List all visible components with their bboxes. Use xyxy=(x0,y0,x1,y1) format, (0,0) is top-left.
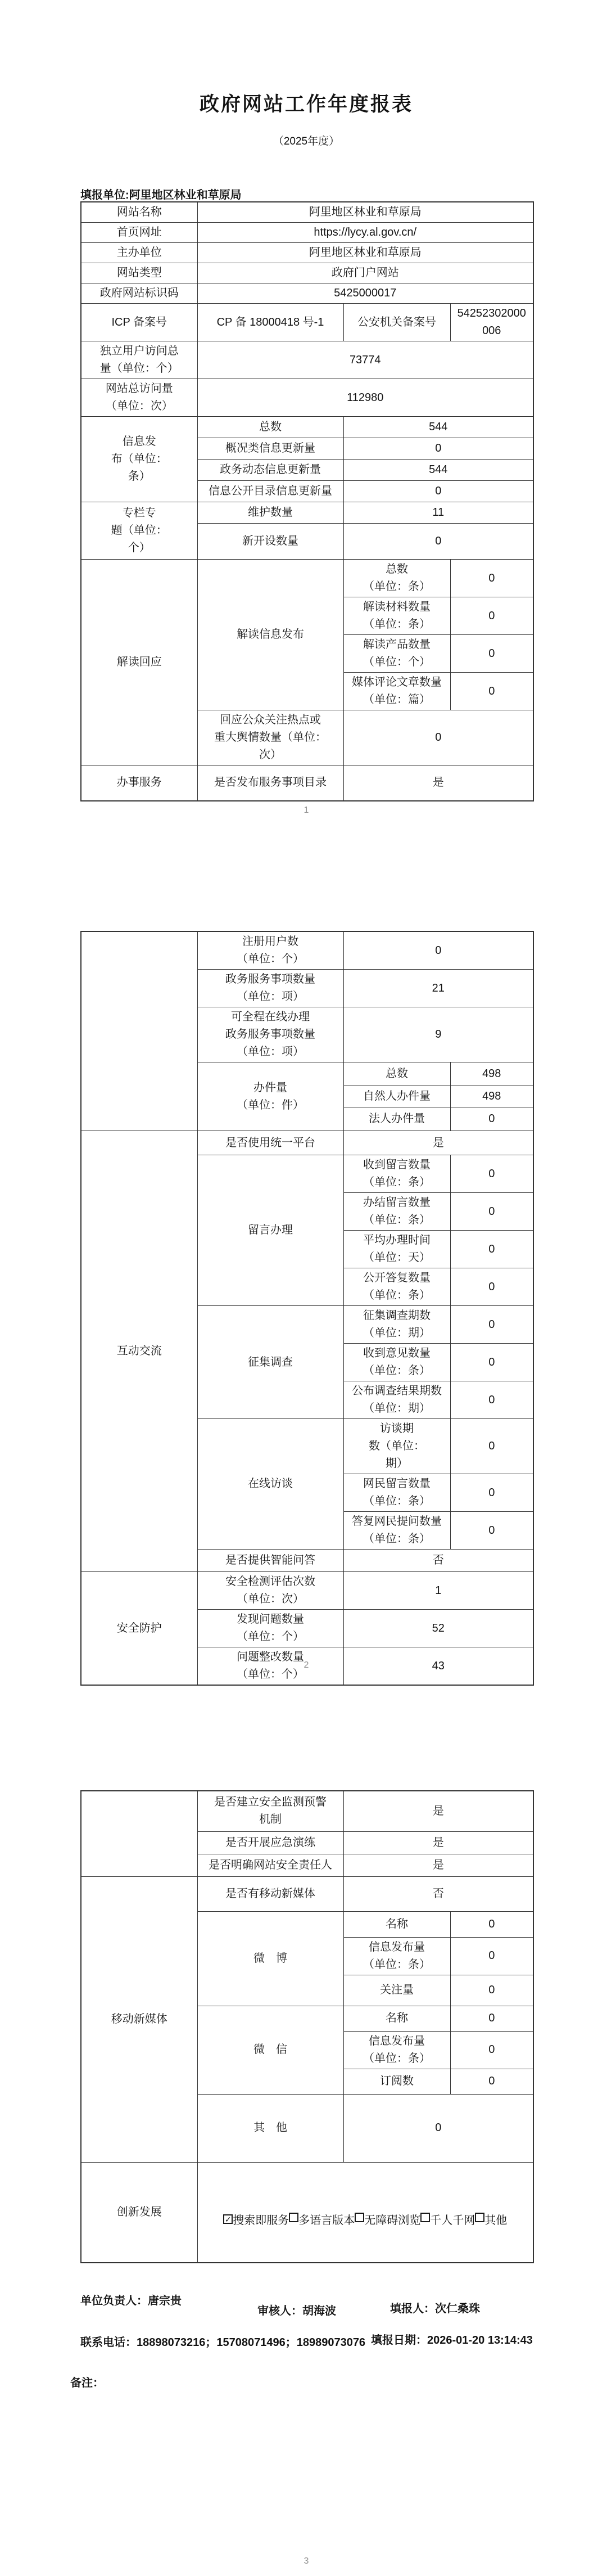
service-catalog-label-cell: 是否发布服务事项目录 xyxy=(197,765,343,801)
item-value-cell: 11 xyxy=(343,502,533,524)
sponsor-value-cell: 阿里地区林业和草原局 xyxy=(197,243,533,263)
item-label-cell: 新开设数量 xyxy=(197,524,343,560)
item-label-cell: 是否建立安全监测预警 机制 xyxy=(197,1791,343,1831)
subitem-value-cell: 0 xyxy=(450,560,533,597)
interaction-section-cell: 互动交流 xyxy=(81,1131,197,1572)
reviewer-label: 审核人：胡海波 xyxy=(257,2302,336,2318)
item-label-cell: 维护数量 xyxy=(197,502,343,524)
sponsor-label-cell: 主办单位 xyxy=(81,243,197,263)
subitem-value-cell: 0 xyxy=(450,1419,533,1474)
subitem-label-cell: 访谈期 数（单位： 期） xyxy=(343,1419,450,1474)
subitem-value-cell: 0 xyxy=(450,1268,533,1306)
report-table-page2: 注册用户数 （单位：个） 0 政务服务事项数量 （单位：项） 21 可全程在线办… xyxy=(80,931,534,1686)
subitem-value-cell: 0 xyxy=(450,1231,533,1268)
interpretation-publish-group-cell: 解读信息发布 xyxy=(197,560,343,710)
item-label-cell: 概况类信息更新量 xyxy=(197,438,343,460)
innovation-option: 千人千网 xyxy=(420,2214,475,2227)
checkbox-unchecked-icon xyxy=(289,2213,298,2222)
subitem-label-cell: 总数 （单位：条） xyxy=(343,560,450,597)
subitem-label-cell: 办结留言数量 （单位：条） xyxy=(343,1193,450,1231)
site-name-value-cell: 阿里地区林业和草原局 xyxy=(197,202,533,223)
item-value-cell: 0 xyxy=(343,931,533,970)
innovation-option-label: 搜索即服务 xyxy=(233,2214,289,2227)
item-label-cell: 可全程在线办理 政务服务事项数量 （单位：项） xyxy=(197,1007,343,1062)
subitem-value-cell: 0 xyxy=(450,1306,533,1344)
subitem-value-cell: 0 xyxy=(450,1344,533,1381)
total-visits-value-cell: 112980 xyxy=(197,379,533,417)
unified-platform-value-cell: 是 xyxy=(343,1131,533,1155)
subitem-value-cell: 0 xyxy=(450,2006,533,2031)
item-value-cell: 是 xyxy=(343,1831,533,1854)
item-label-cell: 安全检测评估次数 （单位：次） xyxy=(197,1572,343,1610)
innovation-option: 其他 xyxy=(475,2214,507,2227)
subitem-value-cell: 0 xyxy=(450,2031,533,2069)
item-value-cell: 544 xyxy=(343,417,533,438)
smart-qa-value-cell: 否 xyxy=(343,1550,533,1572)
subitem-value-cell: 0 xyxy=(450,635,533,673)
subitem-label-cell: 名称 xyxy=(343,1911,450,1937)
subitem-value-cell: 0 xyxy=(450,1193,533,1231)
smart-qa-label-cell: 是否提供智能问答 xyxy=(197,1550,343,1572)
weibo-group-cell: 微 博 xyxy=(197,1911,343,2006)
site-type-label-cell: 网站类型 xyxy=(81,263,197,283)
subitem-value-cell: 0 xyxy=(450,1937,533,1975)
innovation-option-label: 多语言版本 xyxy=(298,2214,355,2227)
service-section-cell: 办事服务 xyxy=(81,765,197,801)
item-value-cell: 21 xyxy=(343,970,533,1007)
mobile-media-section-cell: 移动新媒体 xyxy=(81,1876,197,2162)
unique-visitors-value-cell: 73774 xyxy=(197,341,533,379)
subitem-label-cell: 自然人办件量 xyxy=(343,1086,450,1107)
subitem-label-cell: 总数 xyxy=(343,1062,450,1086)
item-value-cell: 544 xyxy=(343,460,533,481)
subitem-label-cell: 名称 xyxy=(343,2006,450,2031)
subitem-value-cell: 0 xyxy=(450,673,533,710)
site-code-label-cell: 政府网站标识码 xyxy=(81,283,197,304)
home-url-label-cell: 首页网址 xyxy=(81,223,197,243)
subitem-label-cell: 答复网民提问数量 （单位：条） xyxy=(343,1512,450,1550)
subitem-label-cell: 法人办件量 xyxy=(343,1107,450,1131)
subitem-value-cell: 498 xyxy=(450,1086,533,1107)
page-number-2: 2 xyxy=(0,1660,607,1670)
item-label-cell: 总数 xyxy=(197,417,343,438)
home-url-value-cell: https://lycy.al.gov.cn/ xyxy=(197,223,533,243)
report-date-label: 填报日期：2026-01-20 13:14:43 xyxy=(371,2331,533,2347)
subitem-label-cell: 征集调查期数 （单位：期） xyxy=(343,1306,450,1344)
info-publish-section-cell: 信息发 布（单位： 条） xyxy=(81,417,197,502)
security-section-continued-cell xyxy=(81,1791,197,1876)
wechat-group-cell: 微 信 xyxy=(197,2006,343,2094)
interpretation-section-cell: 解读回应 xyxy=(81,560,197,765)
unique-visitors-label-cell: 独立用户访问总 量（单位：个） xyxy=(81,341,197,379)
police-record-label-cell: 公安机关备案号 xyxy=(343,304,450,341)
special-columns-section-cell: 专栏专 题（单位： 个） xyxy=(81,502,197,560)
subitem-value-cell: 0 xyxy=(450,1107,533,1131)
subitem-value-cell: 0 xyxy=(450,1474,533,1512)
subitem-value-cell: 0 xyxy=(450,2069,533,2094)
subitem-label-cell: 解读产品数量 （单位：个） xyxy=(343,635,450,673)
subitem-label-cell: 网民留言数量 （单位：条） xyxy=(343,1474,450,1512)
item-value-cell: 是 xyxy=(343,1854,533,1876)
item-label-cell: 政务动态信息更新量 xyxy=(197,460,343,481)
page-number-3: 3 xyxy=(0,2556,607,2566)
item-label-cell: 信息公开目录信息更新量 xyxy=(197,481,343,502)
subitem-label-cell: 收到留言数量 （单位：条） xyxy=(343,1155,450,1193)
subitem-label-cell: 订阅数 xyxy=(343,2069,450,2094)
item-value-cell: 0 xyxy=(343,481,533,502)
contact-phone-label: 联系电话：18898073216；15708071496；18989073076 xyxy=(80,2333,365,2349)
icp-value-cell: CP 备 18000418 号-1 xyxy=(197,304,343,341)
subitem-value-cell: 498 xyxy=(450,1062,533,1086)
hotspot-value-cell: 0 xyxy=(343,710,533,765)
subitem-label-cell: 公开答复数量 （单位：条） xyxy=(343,1268,450,1306)
innovation-option-label: 千人千网 xyxy=(430,2214,475,2227)
unified-platform-label-cell: 是否使用统一平台 xyxy=(197,1131,343,1155)
has-mobile-media-label-cell: 是否有移动新媒体 xyxy=(197,1876,343,1911)
item-label-cell: 注册用户数 （单位：个） xyxy=(197,931,343,970)
innovation-options-cell: ✓搜索即服务多语言版本无障碍浏览千人千网其他 xyxy=(197,2162,533,2263)
message-handling-group-cell: 留言办理 xyxy=(197,1155,343,1306)
subitem-value-cell: 0 xyxy=(450,1911,533,1937)
subitem-value-cell: 0 xyxy=(450,597,533,635)
innovation-option: ✓搜索即服务 xyxy=(223,2214,289,2227)
subitem-label-cell: 解读材料数量 （单位：条） xyxy=(343,597,450,635)
site-name-label-cell: 网站名称 xyxy=(81,202,197,223)
innovation-option: 无障碍浏览 xyxy=(355,2214,420,2227)
item-value-cell: 0 xyxy=(343,438,533,460)
reporting-unit-label: 填报单位:阿里地区林业和草原局 xyxy=(80,186,242,202)
innovation-option-label: 无障碍浏览 xyxy=(364,2214,420,2227)
survey-group-cell: 征集调查 xyxy=(197,1306,343,1419)
item-label-cell: 政务服务事项数量 （单位：项） xyxy=(197,970,343,1007)
checkbox-unchecked-icon xyxy=(475,2213,484,2222)
subitem-value-cell: 0 xyxy=(450,1155,533,1193)
item-label-cell: 是否开展应急演练 xyxy=(197,1831,343,1854)
icp-label-cell: ICP 备案号 xyxy=(81,304,197,341)
service-section-continued-cell xyxy=(81,931,197,1131)
subitem-label-cell: 公布调查结果期数 （单位：期） xyxy=(343,1381,450,1419)
has-mobile-media-value-cell: 否 xyxy=(343,1876,533,1911)
subitem-label-cell: 平均办理时间 （单位：天） xyxy=(343,1231,450,1268)
service-catalog-value-cell: 是 xyxy=(343,765,533,801)
subitem-value-cell: 0 xyxy=(450,1975,533,2006)
report-table-page1: 网站名称 阿里地区林业和草原局 首页网址 https://lycy.al.gov… xyxy=(80,201,534,801)
subitem-label-cell: 收到意见数量 （单位：条） xyxy=(343,1344,450,1381)
checkbox-checked-icon: ✓ xyxy=(223,2214,233,2224)
police-record-value-cell: 54252302000006 xyxy=(450,304,533,341)
item-value-cell: 9 xyxy=(343,1007,533,1062)
item-value-cell: 1 xyxy=(343,1572,533,1610)
hotspot-label-cell: 回应公众关注热点或 重大舆情数量（单位： 次） xyxy=(197,710,343,765)
site-type-value-cell: 政府门户网站 xyxy=(197,263,533,283)
item-value-cell: 是 xyxy=(343,1791,533,1831)
item-value-cell: 52 xyxy=(343,1610,533,1647)
page-subtitle: （2025年度） xyxy=(0,133,607,148)
subitem-label-cell: 信息发布量 （单位：条） xyxy=(343,2031,450,2069)
page-title: 政府网站工作年度报表 xyxy=(0,89,607,117)
checkbox-unchecked-icon xyxy=(420,2213,430,2222)
innovation-option: 多语言版本 xyxy=(289,2214,355,2227)
report-table-page3: 是否建立安全监测预警 机制 是 是否开展应急演练 是 是否明确网站安全责任人 是… xyxy=(80,1790,534,2263)
remark-label: 备注： xyxy=(70,2374,104,2390)
item-label-cell: 发现问题数量 （单位：个） xyxy=(197,1610,343,1647)
site-code-value-cell: 5425000017 xyxy=(197,283,533,304)
item-value-cell: 0 xyxy=(343,524,533,560)
other-media-value-cell: 0 xyxy=(343,2094,533,2162)
subitem-label-cell: 关注量 xyxy=(343,1975,450,2006)
online-interview-group-cell: 在线访谈 xyxy=(197,1419,343,1550)
innovation-option-label: 其他 xyxy=(484,2214,507,2227)
subitem-value-cell: 0 xyxy=(450,1512,533,1550)
other-media-label-cell: 其 他 xyxy=(197,2094,343,2162)
item-label-cell: 是否明确网站安全责任人 xyxy=(197,1854,343,1876)
filler-label: 填报人：次仁桑珠 xyxy=(390,2299,480,2316)
case-volume-group-cell: 办件量 （单位：件） xyxy=(197,1062,343,1131)
total-visits-label-cell: 网站总访问量 （单位：次） xyxy=(81,379,197,417)
subitem-value-cell: 0 xyxy=(450,1381,533,1419)
unit-head-label: 单位负责人：唐宗贵 xyxy=(80,2291,182,2308)
checkbox-unchecked-icon xyxy=(355,2213,364,2222)
subitem-label-cell: 信息发布量 （单位：条） xyxy=(343,1937,450,1975)
subitem-label-cell: 媒体评论文章数量 （单位：篇） xyxy=(343,673,450,710)
page-number-1: 1 xyxy=(0,805,607,816)
innovation-section-cell: 创新发展 xyxy=(81,2162,197,2263)
